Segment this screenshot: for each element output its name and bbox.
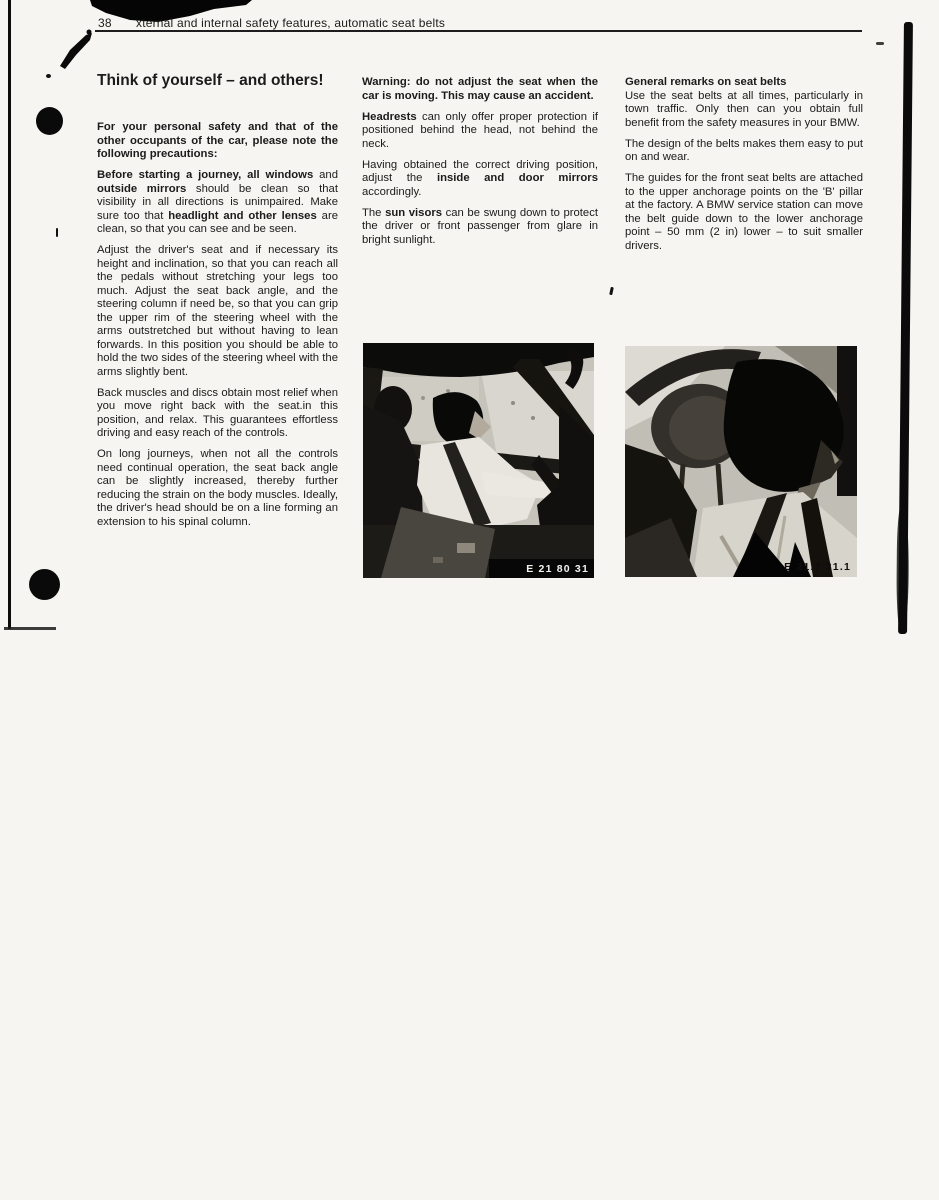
photo-headrest-position: E 21.7 31.1 <box>625 346 857 577</box>
hole-punch-top <box>36 107 63 135</box>
photo-caption: E 21 80 31 <box>526 563 589 575</box>
ink-speck <box>609 287 614 295</box>
headrest-photo-illustration <box>625 346 857 577</box>
pen-mark <box>56 28 100 72</box>
paragraph: The sun visors can be swung down to prot… <box>362 207 598 248</box>
paragraph: The design of the belts makes them easy … <box>625 138 863 165</box>
scan-edge-tick <box>4 627 56 630</box>
paragraph: Adjust the driver's seat and if necessar… <box>97 244 338 379</box>
photo-driver-seating-position: E 21 80 31 <box>363 343 594 578</box>
section-heading: General remarks on seat belts <box>625 76 863 90</box>
paragraph: On long journeys, when not all the contr… <box>97 448 338 529</box>
paragraph: Before starting a journey, all windows a… <box>97 169 338 237</box>
header-title: xternal and internal safety features, au… <box>136 16 445 30</box>
column-seat-belts: General remarks on seat belts Use the se… <box>625 76 863 261</box>
page-number: 38 <box>98 16 112 30</box>
photo-caption: E 21.7 31.1 <box>784 561 851 573</box>
driver-photo-illustration <box>363 343 594 578</box>
column-think-of-yourself: Think of yourself – and others! For your… <box>97 72 338 537</box>
scan-edge-bar-right <box>898 22 913 634</box>
paragraph: Having obtained the correct driving posi… <box>362 159 598 200</box>
paragraph: Headrests can only offer proper protecti… <box>362 111 598 152</box>
paragraph: Use the seat belts at all times, particu… <box>625 90 863 131</box>
paragraph: The guides for the front seat belts are … <box>625 172 863 253</box>
header-rule <box>95 30 862 32</box>
scanned-manual-page: 38 xternal and internal safety features,… <box>0 0 939 1200</box>
paragraph: Back muscles and discs obtain most relie… <box>97 387 338 441</box>
ink-speck <box>876 42 884 45</box>
paragraph: For your personal safety and that of the… <box>97 121 338 162</box>
section-heading: Think of yourself – and others! <box>97 72 338 90</box>
hole-punch-bottom <box>29 569 60 600</box>
ink-speck <box>46 74 51 78</box>
column-warnings: Warning: do not adjust the seat when the… <box>362 76 598 255</box>
scan-edge-line-left <box>8 0 11 629</box>
paragraph: Warning: do not adjust the seat when the… <box>362 76 598 103</box>
ink-speck <box>56 228 58 237</box>
